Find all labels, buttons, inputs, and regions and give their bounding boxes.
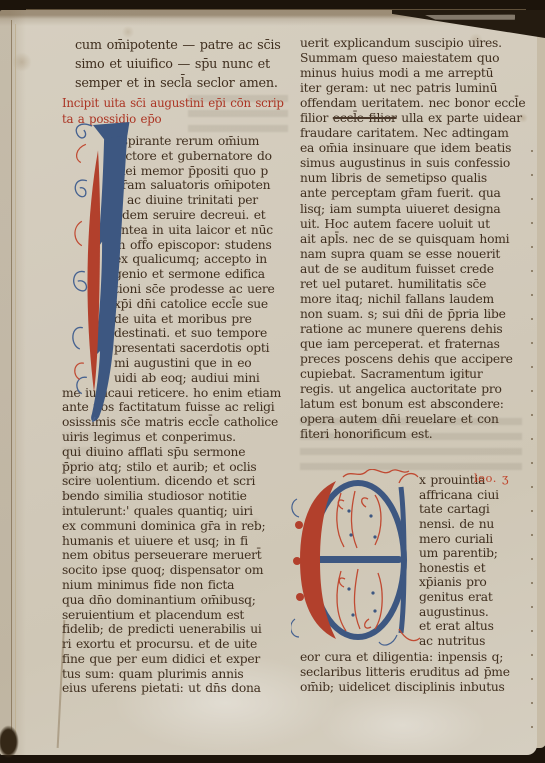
- text-line: ante nos factitatum fuisse ac religi: [62, 400, 292, 415]
- initial-i-block: I: [62, 134, 292, 386]
- text-line: uerit explicandum suscipio uires.: [300, 36, 534, 51]
- text-line: xp̄ianis pro: [419, 575, 534, 590]
- text-line: nensi. de nu: [419, 517, 534, 532]
- text-line: gr̄am saluatoris om̄ipoten: [114, 178, 292, 193]
- text-line: aut de se auditum fuisset crede: [300, 262, 534, 277]
- initial-e-text: x prouintiaaffricana ciuitate cartaginen…: [300, 473, 534, 648]
- left-column: cum om̄ipotente — patre ac sc̄issimo et …: [62, 36, 292, 696]
- strike-pre: filior: [300, 111, 333, 125]
- text-line: preces poscens dehis que accipere: [300, 352, 534, 367]
- strike-post: ulla ex parte uidear: [397, 111, 522, 125]
- text-line: fine que per eum didici et exper: [62, 652, 292, 667]
- text-line: simo et uiuifico — sp̄u nunc et: [62, 55, 292, 74]
- text-line: ex communi dominica gr̄a in reb;: [62, 519, 292, 534]
- text-line: affricana ciui: [419, 488, 534, 503]
- text-line: factore et gubernatore do: [114, 149, 292, 164]
- rubric-line: ta a possidio ep̄o: [62, 112, 292, 128]
- text-line: tate cartagi: [419, 502, 534, 517]
- text-line: lisq; iam sumpta uiueret designa: [300, 202, 534, 217]
- text-line: intulerunt:' quales quantiq; uiri: [62, 504, 292, 519]
- text-line: mi augustini que in eo: [114, 356, 292, 371]
- text-line: p̄prio atq; stilo et aurib; et oclis: [62, 460, 292, 475]
- text-line: tus sum: quam plurimis annis: [62, 667, 292, 682]
- text-line: num libris de semetipso qualis: [300, 171, 534, 186]
- text-line: regis. ut angelica auctoritate pro: [300, 382, 534, 397]
- text-line: in off̄o episcopor: studens: [114, 238, 292, 253]
- text-line: qua dn̄o dominantium om̄ibusq;: [62, 593, 292, 608]
- text-line: ti ac diuine trinitati per: [114, 193, 292, 208]
- strike-through-line: filior eccl̄e filior ulla ex parte uidea…: [300, 111, 534, 126]
- text-line: humanis et uiuere et usq; in fi: [62, 534, 292, 549]
- text-line: ex qualicumq; accepto in: [114, 252, 292, 267]
- text-line: antea in uita laicor et nūc: [114, 223, 292, 238]
- text-line: fidem seruire decreui. et: [114, 208, 292, 223]
- text-line: ante perceptam gr̄am fuerit. qua: [300, 186, 534, 201]
- closing-lines: cum om̄ipotente — patre ac sc̄issimo et …: [62, 36, 292, 93]
- text-line: nem obitus perseuerare meruert̄: [62, 548, 292, 563]
- right-text-b: fraudare caritatem. Nec adtingamea om̄ia…: [300, 126, 534, 442]
- initial-e-block: E: [300, 473, 534, 648]
- text-line: eius uferens pietati: ut dn̄s dona: [62, 681, 292, 696]
- text-line: ea om̄ia insinuare que idem beatis: [300, 141, 534, 156]
- page-top-edge-line: [26, 9, 526, 10]
- text-line: uidi ab eoq; audiui mini: [114, 371, 292, 386]
- text-line: ait apl̄s. nec de se quisquam homi: [300, 232, 534, 247]
- text-line: et erat altus: [419, 619, 534, 634]
- text-line: mei memor p̄positi quo p: [114, 164, 292, 179]
- text-line: destinati. et suo tempore: [114, 326, 292, 341]
- text-line: latum est bonum est abscondere:: [300, 397, 534, 412]
- text-line: Summam queso maiestatem quo: [300, 51, 534, 66]
- right-column: uerit explicandum suscipio uires.Summam …: [300, 36, 534, 696]
- gutter-fold-line: [11, 20, 12, 738]
- text-line: minus huius modi a me arreptū: [300, 66, 534, 81]
- text-line: nam supra quam se esse nouerit: [300, 247, 534, 262]
- manuscript-photo: cum om̄ipotente — patre ac sc̄issimo et …: [0, 0, 545, 763]
- text-line: genio et sermone edifica: [114, 267, 292, 282]
- text-line: bendo similia studiosor notitie: [62, 489, 292, 504]
- text-line: augustinus.: [419, 605, 534, 620]
- text-line: socito ipse quoq; dispensator om: [62, 563, 292, 578]
- rubric-line: Incipit uita sc̄i augustini ep̄i cōn scr…: [62, 96, 292, 112]
- text-line: ret uel putaret. humilitatis sc̄e: [300, 277, 534, 292]
- text-line: eor cura et diligentia: inpensis q;: [300, 650, 534, 665]
- text-line: ratione ac munere querens dehis: [300, 322, 534, 337]
- text-line: nspirante rerum om̄ium: [114, 134, 292, 149]
- text-line: fraudare caritatem. Nec adtingam: [300, 126, 534, 141]
- text-line: iter geram: ut nec patris luminū: [300, 81, 534, 96]
- right-text-a: uerit explicandum suscipio uires.Summam …: [300, 36, 534, 111]
- struck-words: eccl̄e filior: [333, 111, 397, 125]
- text-line: seclaribus litteris eruditus ad p̄me: [300, 665, 534, 680]
- text-line: offendam ueritatem. nec bonor eccl̄e: [300, 96, 534, 111]
- text-line: que iam perceperat. et fraternas: [300, 337, 534, 352]
- text-line: qui diuino afflati sp̄u sermone: [62, 445, 292, 460]
- text-line: mero curiali: [419, 532, 534, 547]
- text-line: cupiebat. Sacramentum igitur: [300, 367, 534, 382]
- binding-shadow: [0, 700, 30, 758]
- text-line: fiteri honorificum est.: [300, 427, 534, 442]
- margin-note: leo. ʒ: [474, 471, 509, 485]
- text-line: om̄ib; uidelicet disciplinis inbutus: [300, 680, 534, 695]
- text-line: opera autem dn̄i reuelare et con: [300, 412, 534, 427]
- text-line: honestis et: [419, 561, 534, 576]
- text-line: de uita et moribus pre: [114, 312, 292, 327]
- text-line: tioni sc̄e prodesse ac uere: [114, 282, 292, 297]
- text-line: genitus erat: [419, 590, 534, 605]
- text-line: semper et in secl̄a seclor amen.: [62, 74, 292, 93]
- right-body-text: eor cura et diligentia: inpensis q;secla…: [300, 650, 534, 695]
- text-line: me iudicaui reticere. ho enim etiam: [62, 386, 292, 401]
- text-line: scire uolentium. dicendo et scri: [62, 474, 292, 489]
- gutter-fold-highlight: [15, 24, 16, 734]
- text-line: uit. Hoc autem facere uoluit ut: [300, 217, 534, 232]
- text-line: ac nutritus: [419, 634, 534, 649]
- text-line: presentati sacerdotis opti: [114, 341, 292, 356]
- text-line: uiris legimus et conperimus.: [62, 430, 292, 445]
- text-line: osissimis sc̄e matris eccl̄e catholice: [62, 415, 292, 430]
- text-line: seruientium et placendum est: [62, 608, 292, 623]
- text-line: ri exortu et procursu. et de uite: [62, 637, 292, 652]
- text-line: simus augustinus in suis confessio: [300, 156, 534, 171]
- left-body-text: me iudicaui reticere. ho enim etiamante …: [62, 386, 292, 697]
- text-line: um parentib;: [419, 546, 534, 561]
- text-line: non suam. s; sui dn̄i de p̄pria libe: [300, 307, 534, 322]
- text-line: fidelib; de predicti uenerabilis ui: [62, 622, 292, 637]
- text-line: xp̄i dn̄i catolice eccl̄e sue: [114, 297, 292, 312]
- initial-i-text: nspirante rerum om̄iumfactore et guberna…: [62, 134, 292, 386]
- text-line: more itaq; nichil fallans laudem: [300, 292, 534, 307]
- text-line: nium minimus fide non ficta: [62, 578, 292, 593]
- rubric: Incipit uita sc̄i augustini ep̄i cōn scr…: [62, 96, 292, 127]
- text-line: cum om̄ipotente — patre ac sc̄is: [62, 36, 292, 55]
